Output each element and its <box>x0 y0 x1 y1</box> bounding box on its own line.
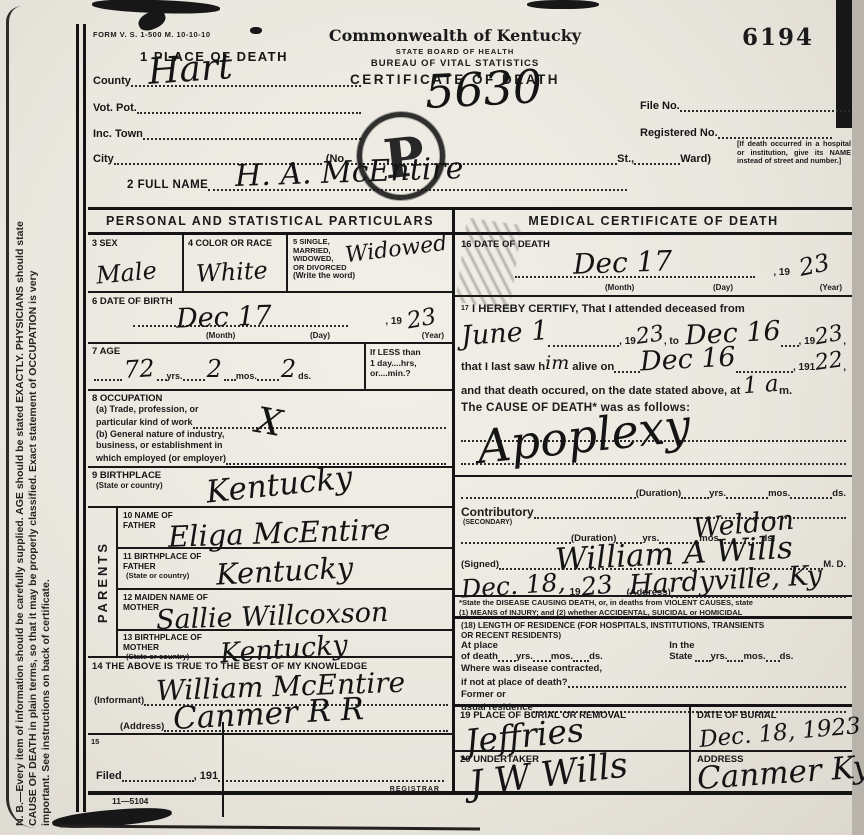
stamp-letter: P <box>381 124 428 192</box>
occupation-b3: which employed (or employer) <box>96 453 226 465</box>
undertaker-cell: 20 UNDERTAKER J W Wills <box>455 752 691 793</box>
contracted-label-2: if not at place of death? <box>461 677 568 688</box>
last-saw-line: that I last saw h im alive on Dec 16 , 1… <box>461 347 846 373</box>
informant-block: 14 THE ABOVE IS TRUE TO THE BEST OF MY K… <box>88 661 452 735</box>
attended-line-dots2 <box>781 334 799 347</box>
commonwealth-title: Commonwealth of Kentucky <box>300 26 610 45</box>
scan-smudge <box>250 27 262 34</box>
inc-town-row: Inc. Town <box>93 127 361 140</box>
age-yrs-label: yrs. <box>167 371 183 381</box>
age-line <box>157 368 167 381</box>
duration1-dots2 <box>681 486 709 499</box>
res-dots <box>695 649 711 662</box>
sex-race-marital-row: 3 SEX Male 4 COLOR OR RACE White 5 SINGL… <box>88 235 452 293</box>
parents-label: PARENTS <box>95 541 110 623</box>
county-value: Hart <box>147 49 234 91</box>
duration1-yrs: yrs. <box>709 488 726 499</box>
plate-number: 11—5104 <box>112 796 148 806</box>
mother-name-value: Sallie Willcoxson <box>156 599 389 634</box>
state-label: State <box>669 652 694 663</box>
dod-row: 16 DATE OF DEATH Dec 17 , 19 23 (Month) … <box>455 239 852 297</box>
contributory-dots <box>534 506 846 519</box>
signed-label: (Signed) <box>461 559 499 570</box>
registered-no-line <box>718 126 832 139</box>
dod-year-printed: , 19 <box>773 267 790 278</box>
certificate-number: 6194 <box>742 24 814 51</box>
res-ds-1: ds. <box>589 651 603 662</box>
city-label: City <box>93 153 114 165</box>
hospital-note: [If death occurred in a hospital or inst… <box>737 140 851 166</box>
parents-side-label: PARENTS <box>88 508 118 656</box>
sex-label: 3 SEX <box>92 238 182 248</box>
signed-date-year: 23 <box>579 571 613 599</box>
occupation-row: 8 OCCUPATION (a) Trade, profession, or p… <box>88 393 452 468</box>
age-line <box>224 368 236 381</box>
stray-line <box>222 722 224 817</box>
st-line <box>634 152 680 165</box>
less-than-line3: or....min.? <box>370 368 452 379</box>
res-dots <box>727 649 743 662</box>
contracted-label-1: Where was disease contracted, <box>461 664 846 675</box>
duration1-ds: ds. <box>832 488 846 499</box>
age-days-value: 2 <box>281 357 296 381</box>
medical-column: MEDICAL CERTIFICATE OF DEATH 16 DATE OF … <box>455 210 852 791</box>
res-dots <box>498 649 516 662</box>
certify-intro: I HEREBY CERTIFY, That I attended deceas… <box>472 303 745 315</box>
st-label: St., <box>617 153 634 165</box>
less-than-line1: If LESS than <box>370 347 452 358</box>
stamp-number: 5630 <box>424 63 543 115</box>
state-board-line: STATE BOARD OF HEALTH <box>300 47 610 56</box>
dob-year-value: 23 <box>405 306 438 334</box>
race-cell: 4 COLOR OR RACE White <box>182 235 286 291</box>
age-months-value: 2 <box>207 357 222 381</box>
parents-block: PARENTS 10 NAME OF FATHER Eliga McEntire… <box>88 508 452 658</box>
filed-label: Filed <box>96 770 122 782</box>
burial-date-cell: DATE OF BURIAL Dec. 18, 1923 <box>691 707 852 750</box>
duration1-dots <box>461 486 636 499</box>
dob-day-label: (Day) <box>310 331 330 340</box>
contributory-block: (Duration) yrs. mos. ds. Contributory (S… <box>455 477 852 597</box>
father-birthplace-label: 11 BIRTHPLACE OF FATHER <box>123 552 218 571</box>
dob-row: 6 DATE OF BIRTH Dec 17 , 19 23 (Month) (… <box>88 296 452 344</box>
duration1-dots4 <box>790 486 832 499</box>
res-dots <box>533 649 551 662</box>
certify-section-number: 17 <box>461 305 469 312</box>
last-saw-him: im <box>545 354 569 373</box>
filed-section-number: 15 <box>91 737 99 746</box>
dob-year-printed: , 19 <box>385 316 402 327</box>
occurred-text: and that death occured, on the date stat… <box>461 385 740 397</box>
death-time-value: 1 a <box>743 373 780 398</box>
personal-title: PERSONAL AND STATISTICAL PARTICULARS <box>88 210 452 235</box>
res-mos-2: mos. <box>743 651 765 662</box>
res-yrs-1: yrs. <box>516 651 533 662</box>
last-saw-value: Dec 16 <box>640 344 737 376</box>
last-saw-year-printed: , 191 <box>793 362 815 373</box>
informant-address-label: (Address) <box>120 721 164 732</box>
dod-month-label: (Month) <box>605 283 634 292</box>
residence-heading-2: OR RECENT RESIDENTS) <box>461 631 846 641</box>
residence-heading-1: (18) LENGTH OF RESIDENCE (FOR HOSPITALS,… <box>461 621 846 631</box>
vot-prec-label: Vot. Pot. <box>93 102 137 114</box>
father-name-value: Eliga McEntire <box>168 515 391 552</box>
county-label: County <box>93 75 131 87</box>
age-ds-label: ds. <box>298 371 311 381</box>
filed-block: 15 Filed , 191 REGISTRAR <box>88 735 452 799</box>
undertaker-address-value: Canmer Ky <box>696 752 864 795</box>
age-row: 7 AGE 72 yrs. 2 mos. 2 ds. <box>88 344 452 391</box>
last-saw-year: 22 <box>814 349 845 375</box>
informant-label: (Informant) <box>94 695 144 706</box>
binding-rule <box>76 24 79 812</box>
undertaker-address-cell: ADDRESS Canmer Ky <box>691 752 852 793</box>
res-dots <box>766 649 780 662</box>
age-mos-label: mos. <box>236 371 257 381</box>
last-saw-pre: that I last saw h <box>461 361 545 373</box>
less-than-line2: 1 day....hrs, <box>370 358 452 369</box>
registered-no-label: Registered No. <box>640 127 718 139</box>
registrar-label: REGISTRAR <box>390 786 440 793</box>
attended-line: June 1 , 19 23 , to Dec 16 , 19 23 , <box>461 319 846 347</box>
sex-cell: 3 SEX Male <box>88 235 182 291</box>
margin-line: important. See instructions on back of c… <box>40 34 53 826</box>
duration1-mos: mos. <box>768 488 790 499</box>
father-birthplace-row: 11 BIRTHPLACE OF FATHER (State or countr… <box>118 552 452 590</box>
file-no-row: File No. <box>640 99 850 112</box>
margin-note: N. B.—Every item of information should b… <box>14 34 53 826</box>
binding-rule <box>83 24 86 812</box>
former-label-1: Former or <box>461 690 846 701</box>
filed-line <box>122 769 194 782</box>
res-yrs-2: yrs. <box>711 651 728 662</box>
birthplace-row: 9 BIRTHPLACE (State or country) Kentucky <box>88 470 452 508</box>
dod-day-label: (Day) <box>713 283 733 292</box>
less-than-box: If LESS than 1 day....hrs, or....min.? <box>364 344 452 389</box>
at-place-label-2: of death <box>461 652 498 663</box>
age-line <box>94 368 122 381</box>
attended-to-year-printed: , 19 <box>799 336 816 347</box>
residence-block: (18) LENGTH OF RESIDENCE (FOR HOSPITALS,… <box>455 619 852 707</box>
occupation-a2: particular kind of work <box>96 417 193 429</box>
duration-line-1: (Duration) yrs. mos. ds. <box>461 477 846 499</box>
scan-smudge <box>60 825 480 831</box>
age-line <box>257 368 279 381</box>
file-no-line <box>680 99 850 112</box>
form-number: FORM V. S. 1-500 M. 10-10-10 <box>93 30 211 39</box>
attended-from-value: June 1 <box>460 317 549 350</box>
registered-no-row: Registered No. <box>640 126 832 139</box>
dod-value: Dec 17 <box>573 247 673 278</box>
dob-value: Dec 17 <box>176 302 273 332</box>
marital-cell: 5 SINGLE, MARRIED, WIDOWED, OR DIVORCED … <box>286 235 452 291</box>
contracted-dots <box>568 675 846 688</box>
scan-edge-right <box>852 0 864 835</box>
file-no-label: File No. <box>640 100 680 112</box>
full-name-label: 2 FULL NAME <box>127 179 208 191</box>
undertaker-row: 20 UNDERTAKER J W Wills ADDRESS Canmer K… <box>455 752 852 793</box>
footnote-line2: (1) MEANS of INJURY; and (2) whether ACC… <box>459 608 848 618</box>
father-name-row: 10 NAME OF FATHER Eliga McEntire <box>118 511 452 549</box>
age-years-value: 72 <box>123 356 155 382</box>
in-the-label: In the <box>669 641 694 652</box>
mother-name-row: 12 MAIDEN NAME OF MOTHER Sallie Willcoxs… <box>118 593 452 631</box>
certify-block: 17 I HEREBY CERTIFY, That I attended dec… <box>455 297 852 477</box>
occupation-a-line <box>193 416 446 429</box>
md-label: M. D. <box>823 559 846 570</box>
race-value: White <box>195 258 268 286</box>
marital-hint: (Write the word) <box>293 272 452 281</box>
dob-label: 6 DATE OF BIRTH <box>92 296 452 307</box>
margin-line: N. B.—Every item of information should b… <box>14 34 27 826</box>
attended-line-dots <box>548 334 619 347</box>
dob-year-label: (Year) <box>422 331 444 340</box>
personal-column: PERSONAL AND STATISTICAL PARTICULARS 3 S… <box>88 210 455 791</box>
res-ds-2: ds. <box>780 651 794 662</box>
res-mos-1: mos. <box>551 651 573 662</box>
last-saw-dots <box>614 360 640 373</box>
attended-from-year-printed: , 19 <box>619 336 636 347</box>
duration1-dots3 <box>726 486 768 499</box>
race-label: 4 COLOR OR RACE <box>188 238 286 248</box>
burial-row: 19 PLACE OF BURIAL OR REMOVAL Jeffries D… <box>455 707 852 752</box>
last-saw-post: alive on <box>572 361 614 373</box>
burial-place-cell: 19 PLACE OF BURIAL OR REMOVAL Jeffries <box>455 707 691 750</box>
attended-to-year: 23 <box>814 323 845 350</box>
inc-town-line <box>143 127 361 140</box>
dod-year-label: (Year) <box>820 283 842 292</box>
form-body: PERSONAL AND STATISTICAL PARTICULARS 3 S… <box>88 207 852 795</box>
res-dots <box>573 649 589 662</box>
filed-line-2 <box>218 769 444 782</box>
father-birthplace-value: Kentucky <box>215 553 354 589</box>
age-line <box>183 368 205 381</box>
at-place-label-1: At place <box>461 641 498 652</box>
vot-prec-row: Vot. Pot. <box>93 101 361 114</box>
footnote-block: *State the DISEASE CAUSING DEATH, or, in… <box>455 597 852 619</box>
dob-month-label: (Month) <box>206 331 235 340</box>
scan-smudge <box>527 0 599 9</box>
inc-town-label: Inc. Town <box>93 128 143 140</box>
margin-line: CAUSE OF DEATH in plain terms, so that i… <box>27 34 40 826</box>
ward-label: Ward) <box>680 153 711 165</box>
faint-stamp <box>455 218 521 310</box>
vot-prec-line <box>137 101 361 114</box>
time-suffix: m. <box>779 385 792 397</box>
filed-year-printed: , 191 <box>194 770 218 782</box>
contributory-label: Contributory <box>461 505 534 519</box>
mother-birthplace-label: 13 BIRTHPLACE OF MOTHER <box>123 633 218 652</box>
duration1-label: (Duration) <box>636 488 681 499</box>
death-certificate-scan: N. B.—Every item of information should b… <box>0 0 864 835</box>
sex-value: Male <box>95 258 158 287</box>
dod-year-value: 23 <box>797 250 832 280</box>
footnote-line1: *State the DISEASE CAUSING DEATH, or, in… <box>459 598 848 608</box>
age-cell: 7 AGE 72 yrs. 2 mos. 2 ds. <box>88 344 364 389</box>
